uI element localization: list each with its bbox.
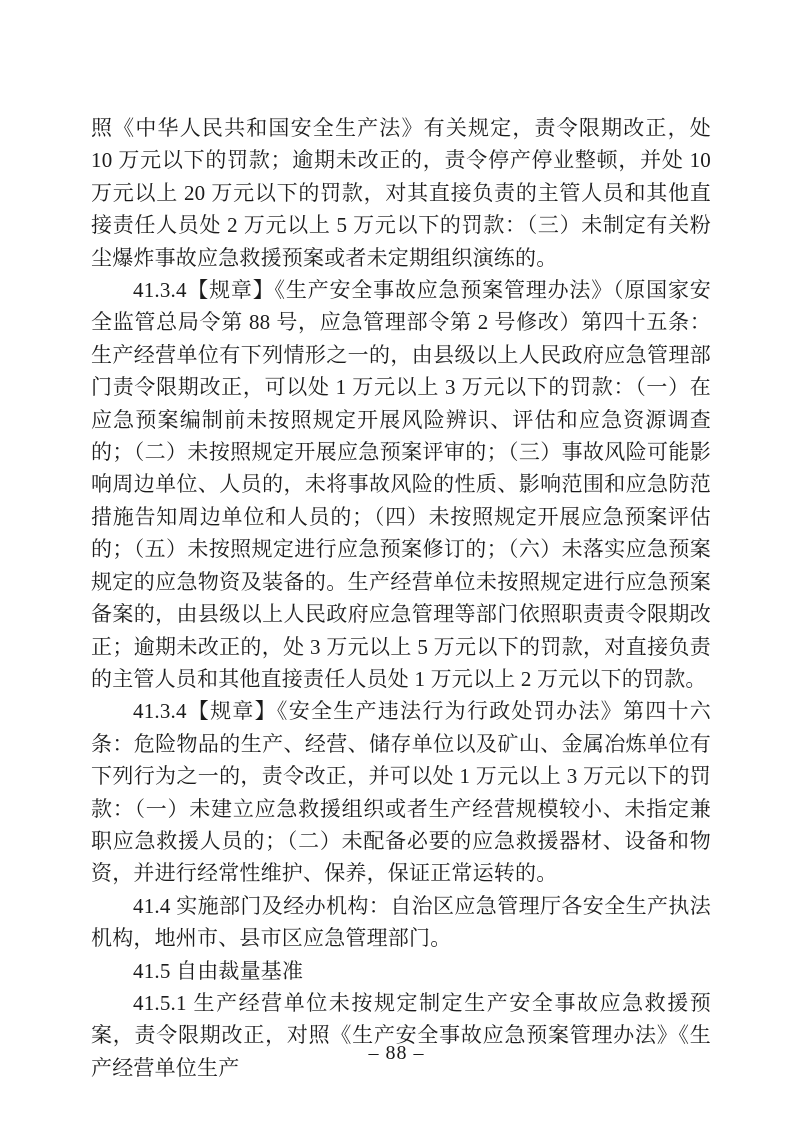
paragraph: 41.5.1 生产经营单位未按规定制定生产安全事故应急救援预案，责令限期改正，对… — [91, 987, 711, 1084]
paragraph: 41.3.4【规章】《安全生产违法行为行政处罚办法》第四十六条：危险物品的生产、… — [91, 695, 711, 889]
paragraph: 41.5 自由裁量基准 — [91, 955, 711, 987]
page-number: – 88 – — [0, 1042, 793, 1065]
document-body: 照《中华人民共和国安全生产法》有关规定，责令限期改正，处 10 万元以下的罚款；… — [91, 112, 711, 1084]
paragraph: 41.3.4【规章】《生产安全事故应急预案管理办法》（原国家安全监管总局令第 8… — [91, 274, 711, 695]
paragraph: 照《中华人民共和国安全生产法》有关规定，责令限期改正，处 10 万元以下的罚款；… — [91, 112, 711, 274]
paragraph: 41.4 实施部门及经办机构：自治区应急管理厅各安全生产执法机构，地州市、县市区… — [91, 890, 711, 955]
document-page: 照《中华人民共和国安全生产法》有关规定，责令限期改正，处 10 万元以下的罚款；… — [0, 0, 793, 1122]
